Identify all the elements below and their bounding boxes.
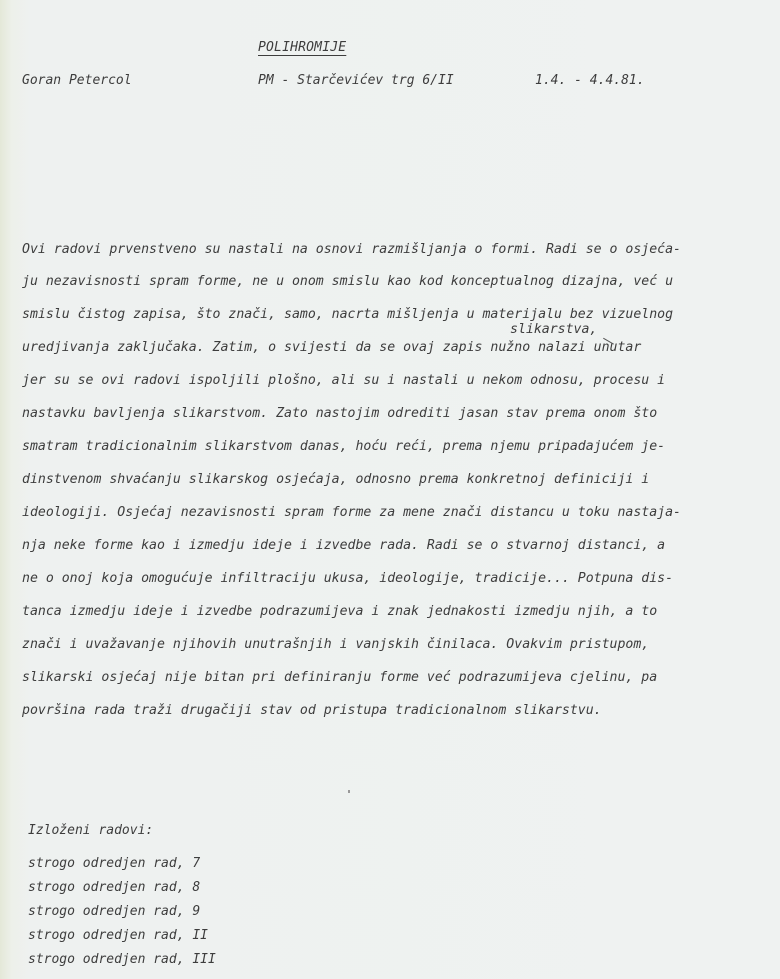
body-line: nja neke forme kao i izmedju ideje i izv… bbox=[22, 538, 665, 553]
body-line: smislu čistog zapisa, što znači, samo, n… bbox=[22, 307, 673, 322]
list-item: strogo odredjen rad, 9 bbox=[28, 904, 200, 919]
body-line: jer su se ovi radovi ispoljili plošno, a… bbox=[22, 373, 665, 388]
list-item: strogo odredjen rad, II bbox=[28, 928, 208, 943]
author-name: Goran Petercol bbox=[22, 73, 132, 88]
body-line: slikarski osjećaj nije bitan pri definir… bbox=[22, 670, 657, 685]
exhibition-venue: PM - Starčevićev trg 6/II bbox=[258, 73, 454, 88]
exhibition-dates: 1.4. - 4.4.81. bbox=[535, 73, 645, 88]
body-line: Ovi radovi prvenstveno su nastali na osn… bbox=[22, 242, 681, 257]
body-line: ju nezavisnosti spram forme, ne u onom s… bbox=[22, 274, 673, 289]
list-item: strogo odredjen rad, 8 bbox=[28, 880, 200, 895]
exhibited-works-heading: Izloženi radovi: bbox=[28, 823, 153, 838]
handwritten-insertion: slikarstva, bbox=[510, 322, 597, 337]
paper-speck bbox=[348, 790, 350, 793]
body-line: tanca izmedju ideje i izvedbe podrazumij… bbox=[22, 604, 657, 619]
body-line: ne o onoj koja omogućuje infiltraciju uk… bbox=[22, 571, 673, 586]
document-title: POLIHROMIJE bbox=[258, 40, 346, 55]
body-line: smatram tradicionalnim slikarstvom danas… bbox=[22, 439, 665, 454]
body-line: znači i uvažavanje njihovih unutrašnjih … bbox=[22, 637, 649, 652]
list-item: strogo odredjen rad, III bbox=[28, 952, 216, 967]
list-item: strogo odredjen rad, 7 bbox=[28, 856, 200, 871]
body-line: ideologiji. Osjećaj nezavisnosti spram f… bbox=[22, 505, 681, 520]
body-line: dinstvenom shvaćanju slikarskog osjećaja… bbox=[22, 472, 649, 487]
body-line: nastavku bavljenja slikarstvom. Zato nas… bbox=[22, 406, 657, 421]
body-line: površina rada traži drugačiji stav od pr… bbox=[22, 703, 602, 718]
body-line: uredjivanja zaključaka. Zatim, o svijest… bbox=[22, 340, 641, 355]
